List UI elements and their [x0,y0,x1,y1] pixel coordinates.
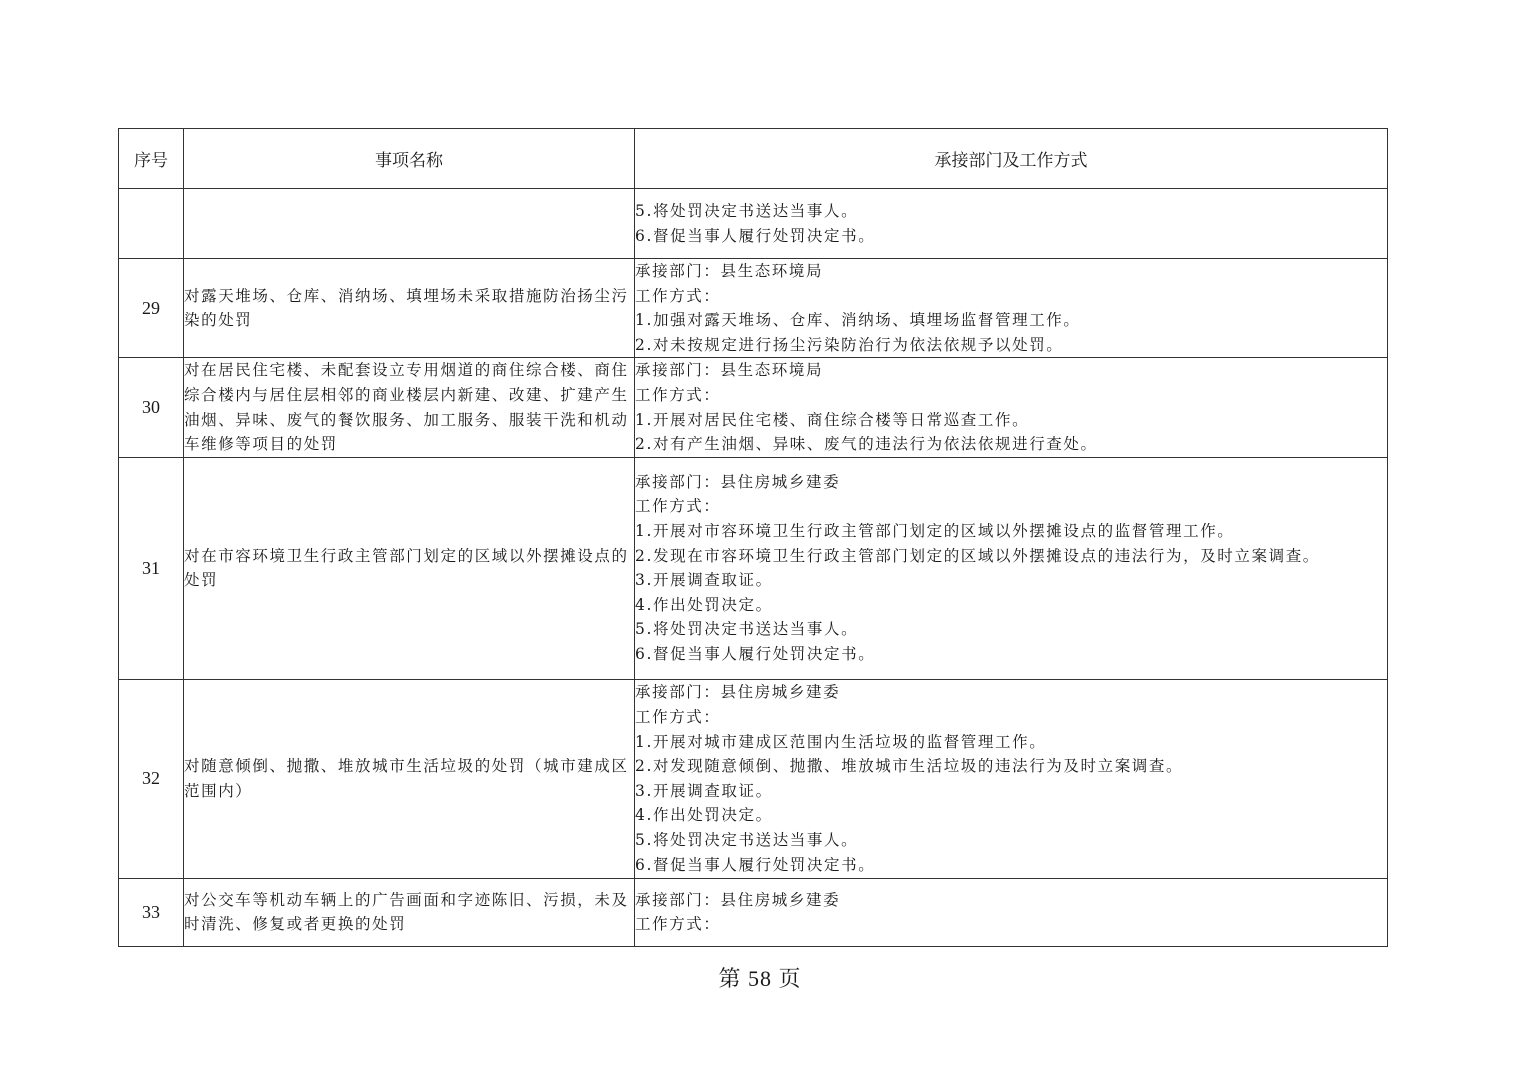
row-method: 承接部门：县生态环境局 工作方式： 1.开展对居民住宅楼、商住综合楼等日常巡查工… [635,358,1388,457]
table-row: 32 对随意倾倒、抛撒、堆放城市生活垃圾的处罚（城市建成区范围内） 承接部门：县… [119,679,1388,878]
row-number: 30 [119,358,184,457]
method-line: 承接部门：县住房城乡建委 [635,470,1387,495]
method-line: 承接部门：县生态环境局 [635,358,1387,383]
method-line: 工作方式： [635,494,1387,519]
method-line: 6.督促当事人履行处罚决定书。 [635,642,1387,667]
table-row: 30 对在居民住宅楼、未配套设立专用烟道的商住综合楼、商住综合楼内与居住层相邻的… [119,358,1388,457]
document-page: 序号 事项名称 承接部门及工作方式 5.将处罚决定书送达当事人。 6.督促当事人… [0,0,1520,1074]
method-line: 工作方式： [635,284,1387,309]
method-line: 2.对有产生油烟、异味、废气的违法行为依法依规进行查处。 [635,432,1387,457]
method-line: 5.将处罚决定书送达当事人。 [635,828,1387,853]
table-header-row: 序号 事项名称 承接部门及工作方式 [119,129,1388,189]
method-line: 1.开展对居民住宅楼、商住综合楼等日常巡查工作。 [635,408,1387,433]
row-number: 29 [119,259,184,358]
table-row: 31 对在市容环境卫生行政主管部门划定的区域以外摆摊设点的处罚 承接部门：县住房… [119,457,1388,679]
method-line: 3.开展调查取证。 [635,779,1387,804]
header-number: 序号 [119,129,184,189]
row-number [119,189,184,259]
row-number: 32 [119,679,184,878]
method-line: 1.加强对露天堆场、仓库、消纳场、填埋场监督管理工作。 [635,308,1387,333]
row-item-name: 对随意倾倒、抛撒、堆放城市生活垃圾的处罚（城市建成区范围内） [184,679,635,878]
row-item-name: 对在居民住宅楼、未配套设立专用烟道的商住综合楼、商住综合楼内与居住层相邻的商业楼… [184,358,635,457]
row-number: 31 [119,457,184,679]
method-line: 1.开展对城市建成区范围内生活垃圾的监督管理工作。 [635,730,1387,755]
row-item-name [184,189,635,259]
row-item-name: 对在市容环境卫生行政主管部门划定的区域以外摆摊设点的处罚 [184,457,635,679]
items-table: 序号 事项名称 承接部门及工作方式 5.将处罚决定书送达当事人。 6.督促当事人… [118,128,1388,947]
method-line: 2.发现在市容环境卫生行政主管部门划定的区域以外摆摊设点的违法行为，及时立案调查… [635,544,1387,569]
row-method: 承接部门：县生态环境局 工作方式： 1.加强对露天堆场、仓库、消纳场、填埋场监督… [635,259,1388,358]
method-line: 工作方式： [635,705,1387,730]
row-method: 承接部门：县住房城乡建委 工作方式： 1.开展对城市建成区范围内生活垃圾的监督管… [635,679,1388,878]
method-line: 6.督促当事人履行处罚决定书。 [635,224,1387,249]
method-line: 4.作出处罚决定。 [635,593,1387,618]
row-item-name: 对露天堆场、仓库、消纳场、填埋场未采取措施防治扬尘污染的处罚 [184,259,635,358]
table-row: 29 对露天堆场、仓库、消纳场、填埋场未采取措施防治扬尘污染的处罚 承接部门：县… [119,259,1388,358]
row-number: 33 [119,878,184,946]
table-row: 5.将处罚决定书送达当事人。 6.督促当事人履行处罚决定书。 [119,189,1388,259]
method-line: 1.开展对市容环境卫生行政主管部门划定的区域以外摆摊设点的监督管理工作。 [635,519,1387,544]
method-line: 2.对未按规定进行扬尘污染防治行为依法依规予以处罚。 [635,333,1387,358]
table-row: 33 对公交车等机动车辆上的广告画面和字迹陈旧、污损，未及时清洗、修复或者更换的… [119,878,1388,946]
method-line: 5.将处罚决定书送达当事人。 [635,199,1387,224]
page-number: 第 58 页 [0,962,1520,993]
method-line: 工作方式： [635,912,1387,937]
header-department-method: 承接部门及工作方式 [635,129,1388,189]
row-method: 承接部门：县住房城乡建委 工作方式： 1.开展对市容环境卫生行政主管部门划定的区… [635,457,1388,679]
method-line: 2.对发现随意倾倒、抛撒、堆放城市生活垃圾的违法行为及时立案调查。 [635,754,1387,779]
header-item-name: 事项名称 [184,129,635,189]
row-method: 承接部门：县住房城乡建委 工作方式： [635,878,1388,946]
method-line: 6.督促当事人履行处罚决定书。 [635,853,1387,878]
method-line: 5.将处罚决定书送达当事人。 [635,617,1387,642]
method-line: 工作方式： [635,383,1387,408]
row-method: 5.将处罚决定书送达当事人。 6.督促当事人履行处罚决定书。 [635,189,1388,259]
method-line: 3.开展调查取证。 [635,568,1387,593]
row-item-name: 对公交车等机动车辆上的广告画面和字迹陈旧、污损，未及时清洗、修复或者更换的处罚 [184,878,635,946]
method-line: 承接部门：县住房城乡建委 [635,680,1387,705]
method-line: 4.作出处罚决定。 [635,803,1387,828]
method-line: 承接部门：县住房城乡建委 [635,888,1387,913]
method-line: 承接部门：县生态环境局 [635,259,1387,284]
